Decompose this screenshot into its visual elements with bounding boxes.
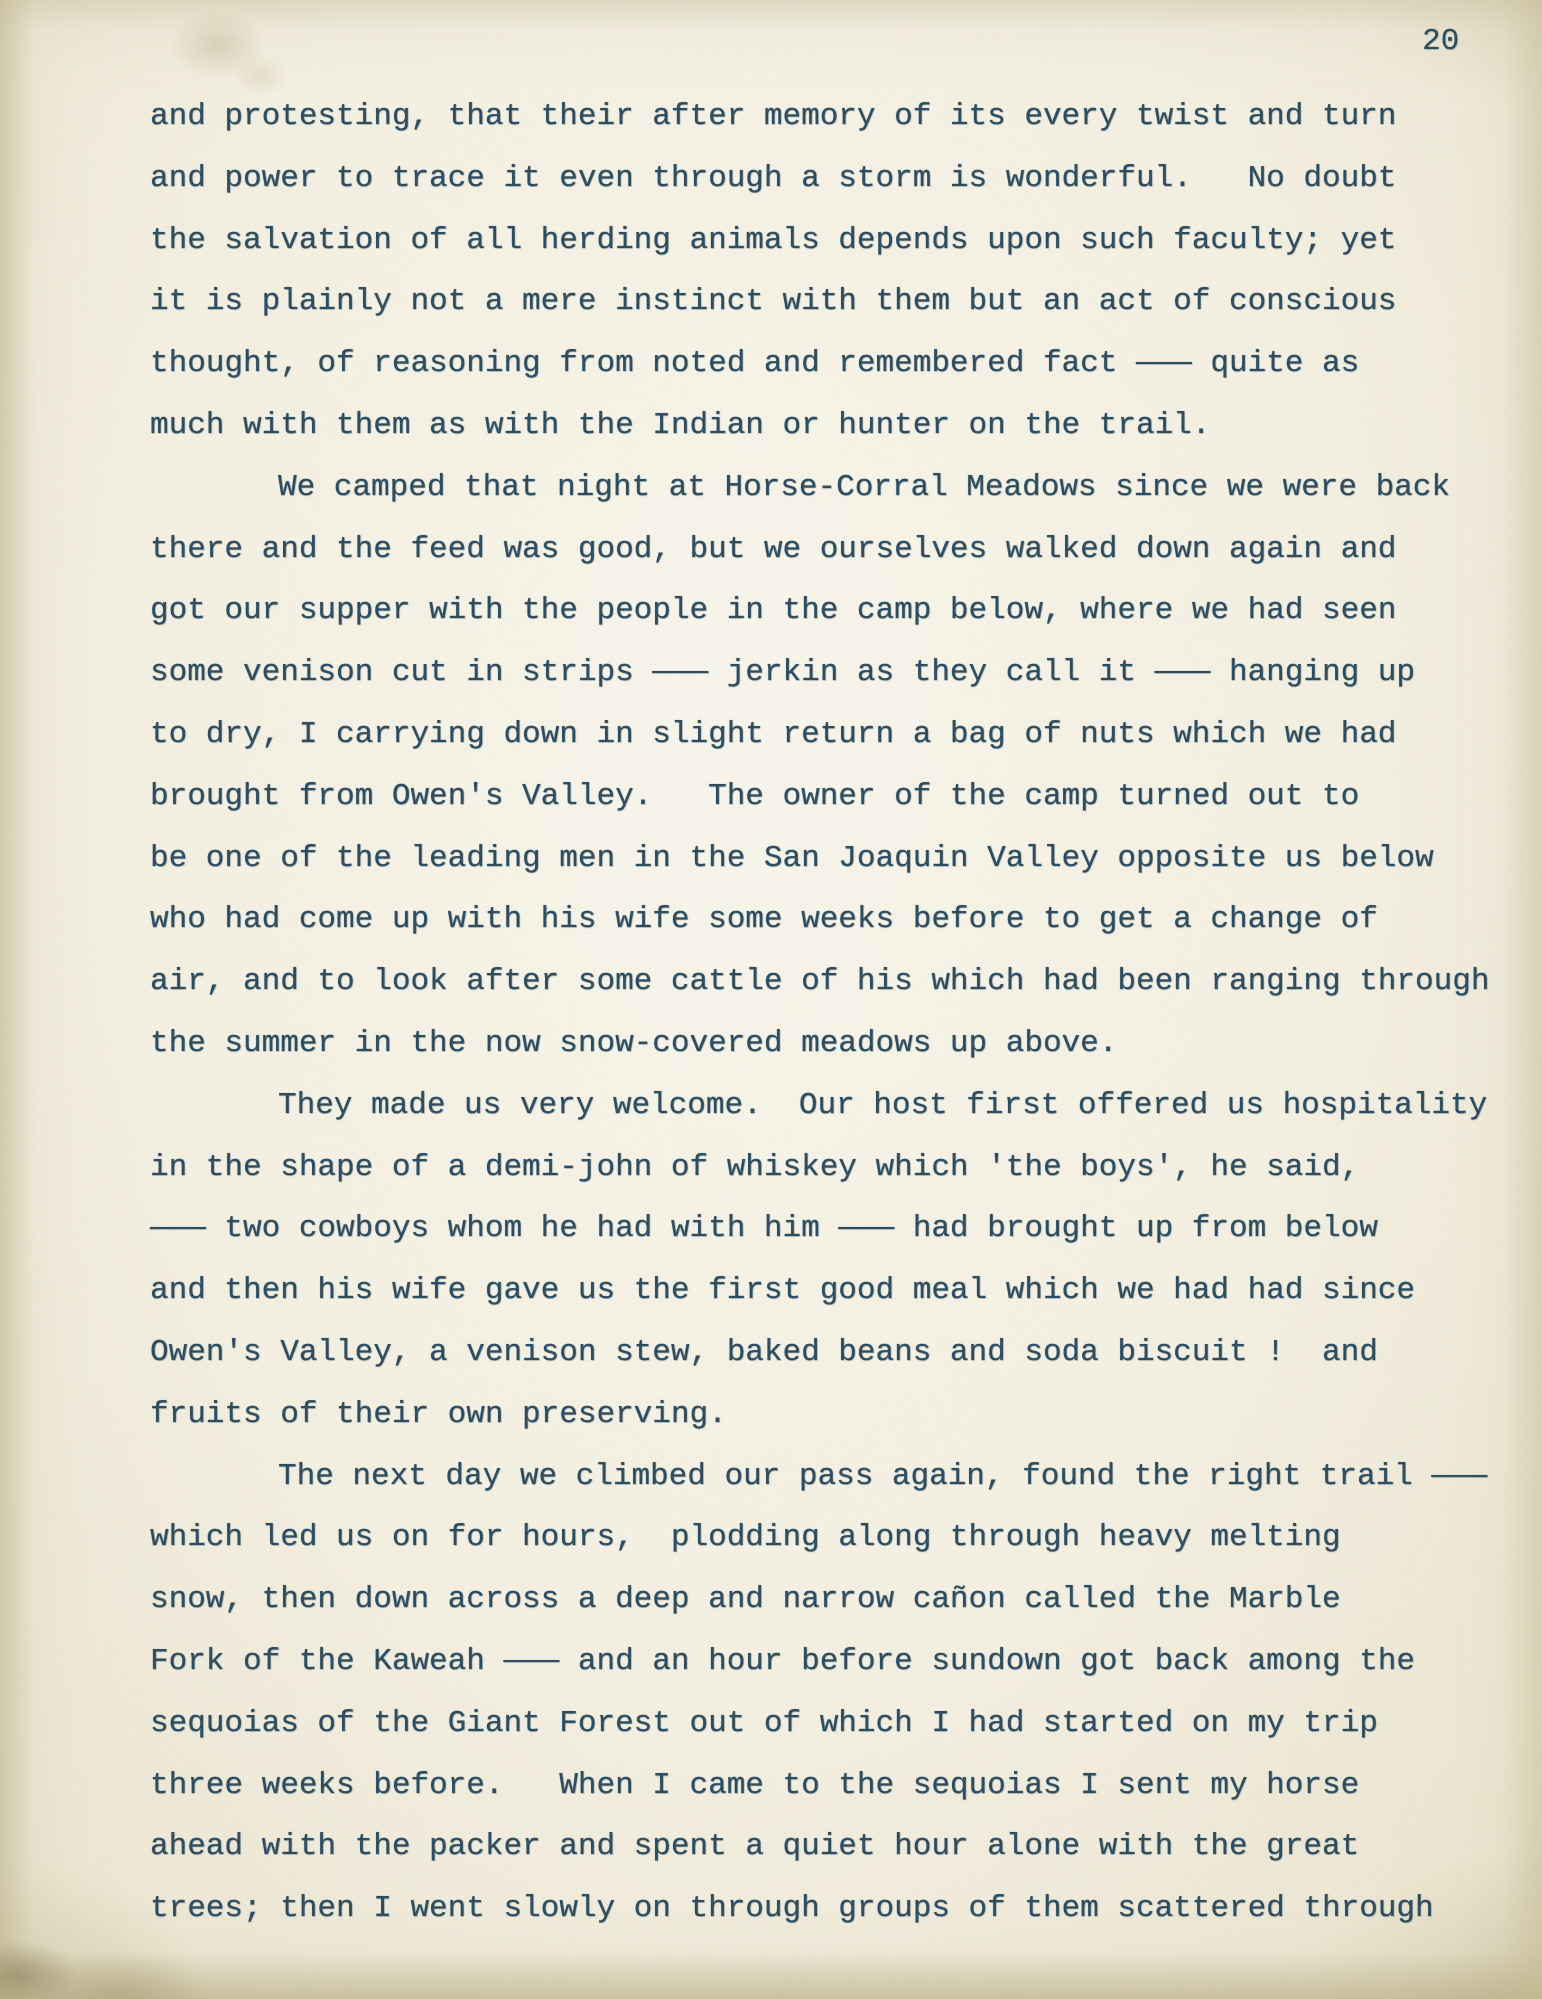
text-line: ——— two cowboys whom he had with him ———… bbox=[150, 1198, 1542, 1260]
text-line: air, and to look after some cattle of hi… bbox=[150, 951, 1542, 1013]
text-line: Fork of the Kaweah ——— and an hour befor… bbox=[150, 1631, 1542, 1693]
text-line: three weeks before. When I came to the s… bbox=[150, 1755, 1542, 1817]
text-line: some venison cut in strips ——— jerkin as… bbox=[150, 642, 1542, 704]
text-line: fruits of their own preserving. bbox=[150, 1384, 1542, 1446]
text-line: ahead with the packer and spent a quiet … bbox=[150, 1816, 1542, 1878]
text-line: who had come up with his wife some weeks… bbox=[150, 889, 1542, 951]
text-line: and protesting, that their after memory … bbox=[150, 86, 1542, 148]
text-line: and then his wife gave us the first good… bbox=[150, 1260, 1542, 1322]
text-line: the salvation of all herding animals dep… bbox=[150, 210, 1542, 272]
text-line: to dry, I carrying down in slight return… bbox=[150, 704, 1542, 766]
page-text: and protesting, that their after memory … bbox=[0, 0, 1542, 1940]
text-line: be one of the leading men in the San Joa… bbox=[150, 828, 1542, 890]
text-line: snow, then down across a deep and narrow… bbox=[150, 1569, 1542, 1631]
text-line: the summer in the now snow-covered meado… bbox=[150, 1013, 1542, 1075]
text-line: it is plainly not a mere instinct with t… bbox=[150, 271, 1542, 333]
text-line: They made us very welcome. Our host firs… bbox=[150, 1075, 1542, 1137]
text-line: much with them as with the Indian or hun… bbox=[150, 395, 1542, 457]
text-line: sequoias of the Giant Forest out of whic… bbox=[150, 1693, 1542, 1755]
document-page: 20 and protesting, that their after memo… bbox=[0, 0, 1542, 1999]
text-line: brought from Owen's Valley. The owner of… bbox=[150, 766, 1542, 828]
text-line: in the shape of a demi-john of whiskey w… bbox=[150, 1137, 1542, 1199]
text-line: The next day we climbed our pass again, … bbox=[150, 1446, 1542, 1508]
text-line: got our supper with the people in the ca… bbox=[150, 580, 1542, 642]
text-line: thought, of reasoning from noted and rem… bbox=[150, 333, 1542, 395]
text-line: trees; then I went slowly on through gro… bbox=[150, 1878, 1542, 1940]
text-line: We camped that night at Horse-Corral Mea… bbox=[150, 457, 1542, 519]
text-line: which led us on for hours, plodding alon… bbox=[150, 1507, 1542, 1569]
text-line: and power to trace it even through a sto… bbox=[150, 148, 1542, 210]
text-line: there and the feed was good, but we ours… bbox=[150, 519, 1542, 581]
text-line: Owen's Valley, a venison stew, baked bea… bbox=[150, 1322, 1542, 1384]
